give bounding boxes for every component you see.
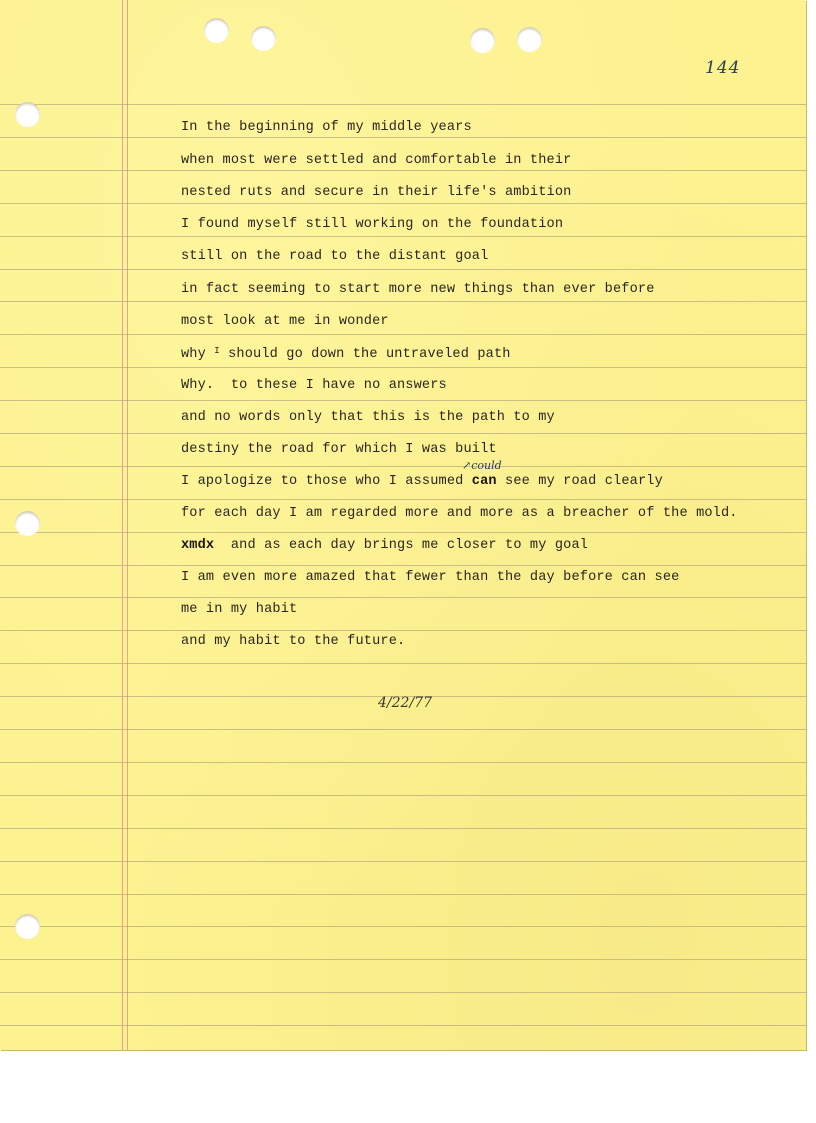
poem-line: I found myself still working on the foun…	[181, 217, 563, 232]
ruled-line	[0, 630, 806, 631]
page-number: 144	[705, 58, 740, 78]
line-text: I apologize to those who I assumed	[181, 474, 463, 489]
punch-hole	[517, 27, 542, 52]
ruled-line	[0, 104, 806, 105]
poem-line: when most were settled and comfortable i…	[181, 153, 571, 168]
ruled-line	[0, 433, 806, 434]
poem-line: I am even more amazed that fewer than th…	[181, 570, 679, 585]
ruled-line	[0, 236, 806, 237]
poem-line: for each day I am regarded more and more…	[181, 506, 738, 521]
ruled-line	[0, 137, 806, 138]
ruled-line	[0, 861, 806, 862]
ruled-line	[0, 762, 806, 763]
ruled-line	[0, 170, 806, 171]
date-stamp: 4/22/77	[378, 695, 432, 711]
ruled-line	[0, 203, 806, 204]
ruled-line	[0, 400, 806, 401]
struck-word: can	[472, 474, 497, 489]
poem-line: and my habit to the future.	[181, 634, 405, 649]
ruled-line	[0, 532, 806, 533]
punch-hole	[15, 102, 40, 127]
poem-line: destiny the road for which I was built	[181, 442, 497, 457]
ruled-line	[0, 301, 806, 302]
line-text: why	[181, 347, 214, 362]
poem-line: most look at me in wonder	[181, 314, 389, 329]
ruled-line	[0, 663, 806, 664]
ruled-line	[0, 269, 806, 270]
punch-hole	[15, 914, 40, 939]
line-text: see my road clearly	[497, 474, 663, 489]
poem-line: Why. to these I have no answers	[181, 378, 447, 393]
poem-line: still on the road to the distant goal	[181, 249, 488, 264]
caret-arrow-icon: ↗	[462, 459, 471, 472]
ruled-line	[0, 894, 806, 895]
poem-line: why I should go down the untraveled path	[181, 346, 511, 362]
poem-line: In the beginning of my middle years	[181, 120, 472, 135]
ruled-line	[0, 959, 806, 960]
poem-line: me in my habit	[181, 602, 297, 617]
punch-hole	[251, 26, 276, 51]
ruled-line	[0, 499, 806, 500]
insert-text: could	[471, 459, 501, 472]
ruled-line	[0, 926, 806, 927]
ruled-line	[0, 565, 806, 566]
line-text: and as each day brings me closer to my g…	[231, 538, 588, 553]
poem-line: nested ruts and secure in their life's a…	[181, 185, 571, 200]
ruled-line	[0, 334, 806, 335]
ruled-line	[0, 795, 806, 796]
struck-word: xmdx	[181, 538, 214, 553]
punch-hole	[470, 28, 495, 53]
ruled-line	[0, 992, 806, 993]
line-text: should go down the untraveled path	[220, 347, 511, 362]
ruled-line	[0, 367, 806, 368]
punch-hole	[15, 511, 40, 536]
ruled-line	[0, 597, 806, 598]
poem-line: and no words only that this is the path …	[181, 410, 555, 425]
handwritten-insert: ↗could	[462, 459, 502, 472]
ruled-line	[0, 466, 806, 467]
punch-hole	[204, 18, 229, 43]
notebook-paper: 144 In the beginning of my middle years …	[0, 0, 806, 1050]
ruled-line	[0, 828, 806, 829]
poem-line: I apologize to those who I assumed can s…	[181, 474, 663, 489]
poem-line: xmdx and as each day brings me closer to…	[181, 538, 588, 553]
margin-line-right	[127, 0, 128, 1050]
margin-line-left	[122, 0, 123, 1050]
ruled-line	[0, 1025, 806, 1026]
ruled-line	[0, 729, 806, 730]
poem-line: in fact seeming to start more new things…	[181, 282, 655, 297]
